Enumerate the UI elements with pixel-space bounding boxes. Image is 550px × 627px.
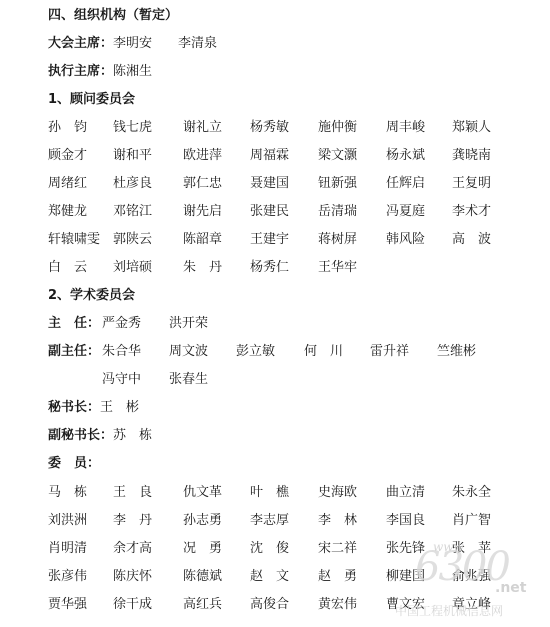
member-name: 顾金才: [48, 147, 87, 165]
deputy-director-name: 雷升祥: [370, 343, 409, 361]
advisory-committee-heading: 1、顾问委员会: [48, 91, 135, 109]
member-name: 郑颖人: [452, 119, 491, 137]
congress-chair-name: 李清泉: [178, 35, 217, 53]
member-name: 况 勇: [183, 540, 222, 558]
member-name: 王复明: [452, 175, 491, 193]
member-name: 沈 俊: [250, 540, 289, 558]
member-name: 章立峰: [452, 596, 491, 614]
member-name: 杨秀敏: [250, 119, 289, 137]
member-name: 郭陕云: [113, 231, 152, 249]
member-name: 谢和平: [113, 147, 152, 165]
deputy-secretary-general-name: 苏 栋: [113, 428, 152, 443]
member-name: 曲立清: [386, 484, 425, 502]
member-name: 仇文革: [183, 484, 222, 502]
section-title: 四、组织机构（暂定）: [48, 7, 178, 25]
member-name: 张先锋: [386, 540, 425, 558]
member-name: 轩辕啸雯: [48, 231, 100, 249]
deputy-director-label: 副主任：: [48, 343, 100, 361]
member-name: 肖明清: [48, 540, 87, 558]
executive-chair-line: 执行主席：陈湘生: [48, 63, 152, 81]
member-name: 谢先启: [183, 203, 222, 221]
congress-chair-name: 李明安: [113, 35, 152, 53]
deputy-director-name: 周文波: [169, 343, 208, 361]
member-name: 赵 勇: [318, 568, 357, 586]
deputy-director-name: 何 川: [304, 343, 343, 361]
deputy-secretary-general-label: 副秘书长：: [48, 428, 113, 443]
member-name: 陈庆怀: [113, 568, 152, 586]
member-name: 叶 樵: [250, 484, 289, 502]
member-name: 张 苹: [452, 540, 491, 558]
member-name: 白 云: [48, 259, 87, 277]
member-name: 李 丹: [113, 512, 152, 530]
watermark-domain: .net: [495, 580, 526, 596]
member-name: 陈韶章: [183, 231, 222, 249]
member-name: 梁文灏: [318, 147, 357, 165]
member-name: 柳建国: [386, 568, 425, 586]
member-name: 张建民: [250, 203, 289, 221]
member-name: 马 栋: [48, 484, 87, 502]
member-name: 王 良: [113, 484, 152, 502]
member-name: 余才高: [113, 540, 152, 558]
member-name: 任辉启: [386, 175, 425, 193]
member-name: 俞兆强: [452, 568, 491, 586]
secretary-general-name: 王 彬: [100, 400, 139, 415]
member-name: 邓铭江: [113, 203, 152, 221]
member-name: 刘洪洲: [48, 512, 87, 530]
member-name: 刘培硕: [113, 259, 152, 277]
member-name: 高红兵: [183, 596, 222, 614]
academic-committee-heading: 2、学术委员会: [48, 287, 135, 305]
member-name: 朱永全: [452, 484, 491, 502]
director-label: 主 任：: [48, 315, 100, 333]
deputy-director-name: 竺维彬: [437, 343, 476, 361]
member-name: 龚晓南: [452, 147, 491, 165]
member-name: 王华牢: [318, 259, 357, 277]
member-name: 曹文宏: [386, 596, 425, 614]
deputy-director-name: 张春生: [169, 371, 208, 389]
member-name: 欧进萍: [183, 147, 222, 165]
member-name: 孙志勇: [183, 512, 222, 530]
member-name: 杜彦良: [113, 175, 152, 193]
executive-chair-name: 陈湘生: [113, 64, 152, 79]
deputy-director-name: 冯守中: [102, 371, 141, 389]
member-name: 冯夏庭: [386, 203, 425, 221]
member-name: 陈德斌: [183, 568, 222, 586]
director-name: 严金秀: [102, 315, 141, 333]
member-name: 钮新强: [318, 175, 357, 193]
member-name: 杨永斌: [386, 147, 425, 165]
member-name: 贾华强: [48, 596, 87, 614]
congress-chair-label: 大会主席：: [48, 36, 113, 51]
member-name: 黄宏伟: [318, 596, 357, 614]
member-name: 张彦伟: [48, 568, 87, 586]
member-name: 李 林: [318, 512, 357, 530]
congress-chair-line: 大会主席：李明安李清泉: [48, 35, 217, 53]
member-name: 李术才: [452, 203, 491, 221]
member-name: 肖广智: [452, 512, 491, 530]
secretary-general-label: 秘书长：: [48, 400, 100, 415]
director-name: 洪开荣: [169, 315, 208, 333]
member-name: 高 波: [452, 231, 491, 249]
member-name: 周丰峻: [386, 119, 425, 137]
member-name: 宋二祥: [318, 540, 357, 558]
secretary-general-line: 秘书长：王 彬: [48, 399, 139, 417]
member-name: 施仲衡: [318, 119, 357, 137]
member-name: 郭仁忠: [183, 175, 222, 193]
member-name: 李国良: [386, 512, 425, 530]
member-name: 王建宇: [250, 231, 289, 249]
member-name: 史海欧: [318, 484, 357, 502]
member-name: 蒋树屏: [318, 231, 357, 249]
member-name: 赵 文: [250, 568, 289, 586]
member-name: 孙 钧: [48, 119, 87, 137]
members-label: 委 员：: [48, 455, 100, 473]
member-name: 朱 丹: [183, 259, 222, 277]
member-name: 谢礼立: [183, 119, 222, 137]
executive-chair-label: 执行主席：: [48, 64, 113, 79]
member-name: 郑健龙: [48, 203, 87, 221]
member-name: 高俊合: [250, 596, 289, 614]
member-name: 聂建国: [250, 175, 289, 193]
member-name: 李志厚: [250, 512, 289, 530]
member-name: 徐干成: [113, 596, 152, 614]
member-name: 周绪红: [48, 175, 87, 193]
member-name: 杨秀仁: [250, 259, 289, 277]
member-name: 周福霖: [250, 147, 289, 165]
deputy-director-name: 彭立敏: [236, 343, 275, 361]
deputy-secretary-general-line: 副秘书长：苏 栋: [48, 427, 152, 445]
member-name: 韩风险: [386, 231, 425, 249]
member-name: 岳清瑞: [318, 203, 357, 221]
deputy-director-name: 朱合华: [102, 343, 141, 361]
member-name: 钱七虎: [113, 119, 152, 137]
